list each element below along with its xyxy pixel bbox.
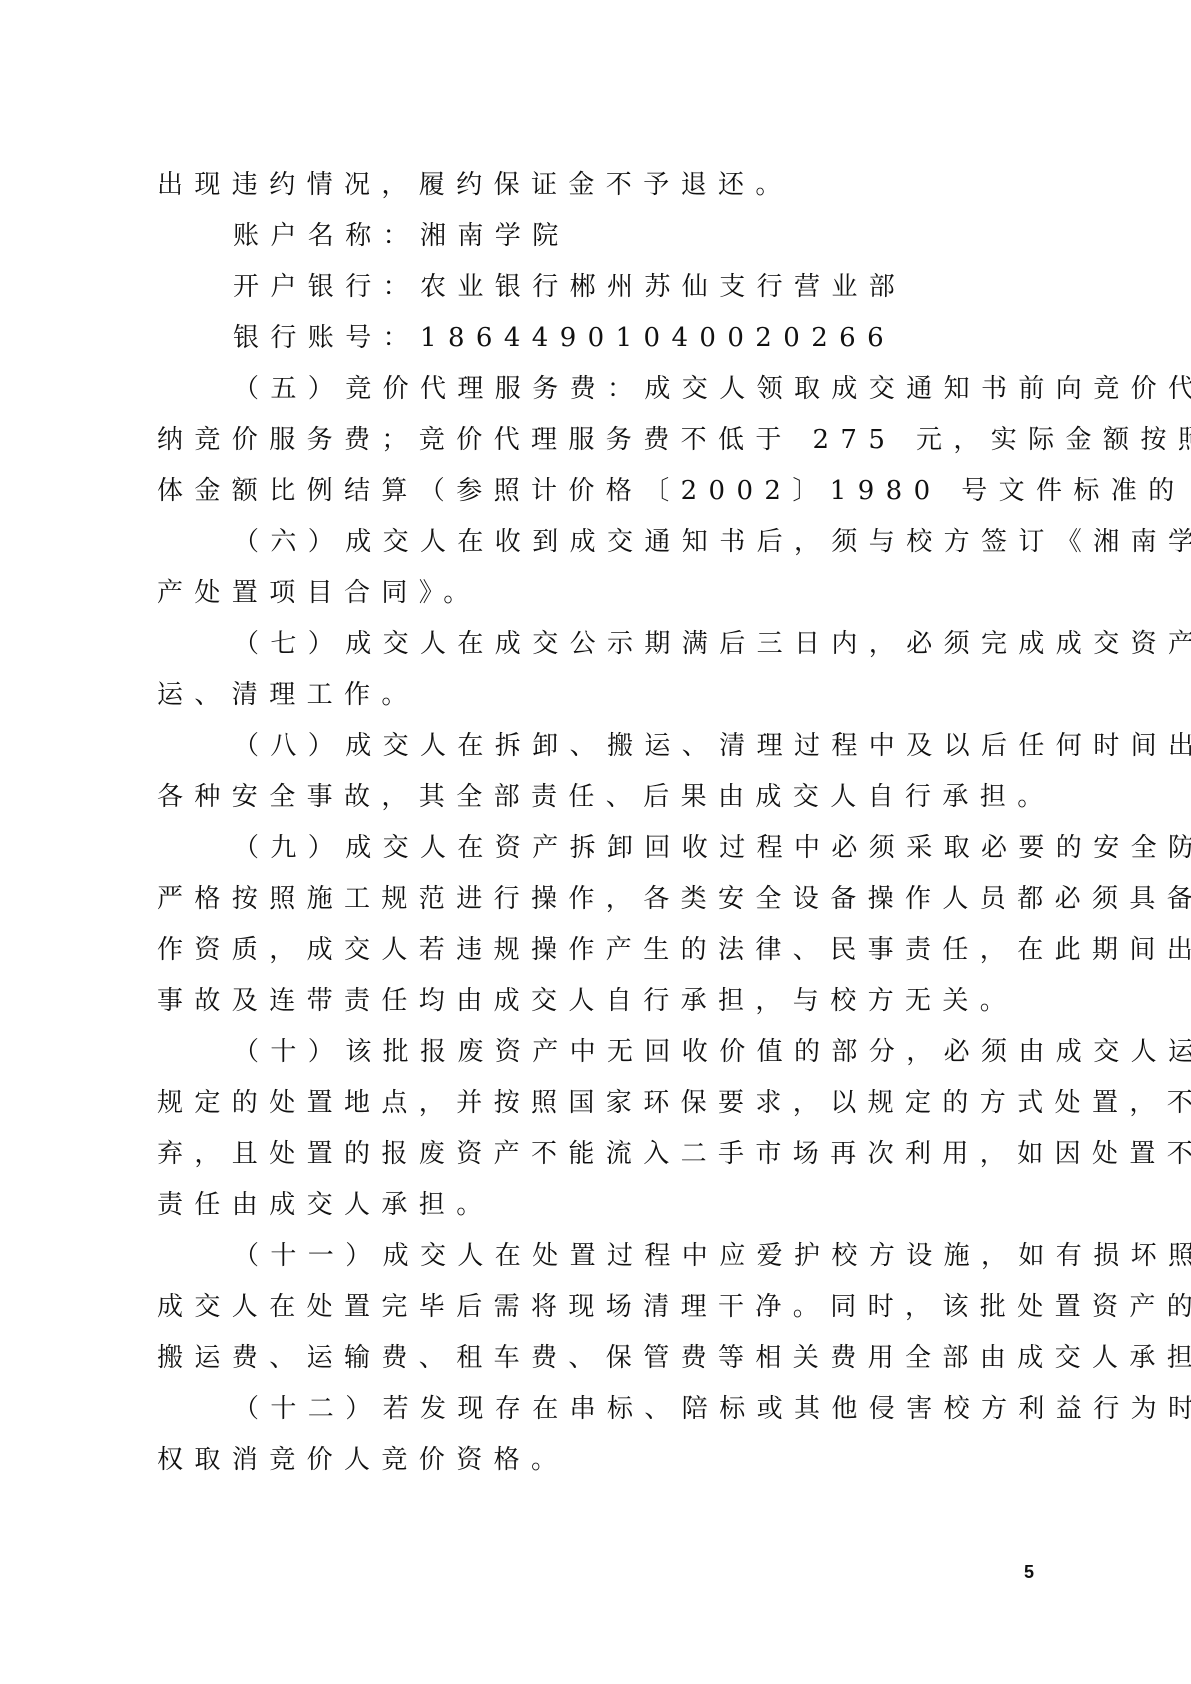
clause-9-line: 作资质，成交人若违规操作产生的法律、民事责任，在此期间出现的一切 — [157, 925, 1042, 976]
clause-10-line: （十）该批报废资产中无回收价值的部分，必须由成交人运输到政府 — [157, 1027, 1042, 1078]
clause-8-line: 各种安全事故，其全部责任、后果由成交人自行承担。 — [157, 772, 1042, 823]
clause-12-line: （十二）若发现存在串标、陪标或其他侵害校方利益行为时，校方有 — [157, 1384, 1042, 1435]
clause-10-line: 规定的处置地点，并按照国家环保要求，以规定的方式处置，不得随意丢 — [157, 1078, 1042, 1129]
clause-11-line: 成交人在处置完毕后需将现场清理干净。同时，该批处置资产的拆卸费、 — [157, 1282, 1042, 1333]
bank-name-line: 开户银行：农业银行郴州苏仙支行营业部 — [157, 262, 1042, 313]
clause-11-line: 搬运费、运输费、租车费、保管费等相关费用全部由成交人承担。 — [157, 1333, 1042, 1384]
clause-6-line: 产处置项目合同》。 — [157, 568, 1042, 619]
clause-5-line: 纳竞价服务费；竞价代理服务费不低于 275 元，实际金额按照成交价的具 — [157, 415, 1042, 466]
clause-9-line: 严格按照施工规范进行操作，各类安全设备操作人员都必须具备相应的操 — [157, 874, 1042, 925]
clause-11-line: （十一）成交人在处置过程中应爱护校方设施，如有损坏照价赔偿， — [157, 1231, 1042, 1282]
clause-7-line: （七）成交人在成交公示期满后三日内，必须完成成交资产拆卸、搬 — [157, 619, 1042, 670]
clause-6-line: （六）成交人在收到成交通知书后，须与校方签订《湘南学院报废资 — [157, 517, 1042, 568]
document-page: 出现违约情况，履约保证金不予退还。 账户名称：湘南学院 开户银行：农业银行郴州苏… — [0, 0, 1191, 1684]
document-body: 出现违约情况，履约保证金不予退还。 账户名称：湘南学院 开户银行：农业银行郴州苏… — [157, 160, 1042, 1486]
clause-5-line: 体金额比例结算（参照计价格〔2002〕1980 号文件标准的 50%计取）。 — [157, 466, 1042, 517]
clause-7-line: 运、清理工作。 — [157, 670, 1042, 721]
clause-12-line: 权取消竞价人竞价资格。 — [157, 1435, 1042, 1486]
clause-10-line: 责任由成交人承担。 — [157, 1180, 1042, 1231]
clause-5-line: （五）竞价代理服务费：成交人领取成交通知书前向竞价代理机构缴 — [157, 364, 1042, 415]
text-line: 出现违约情况，履约保证金不予退还。 — [157, 160, 1042, 211]
account-name-line: 账户名称：湘南学院 — [157, 211, 1042, 262]
clause-10-line: 弃，且处置的报废资产不能流入二手市场再次利用，如因处置不当造成的 — [157, 1129, 1042, 1180]
account-number-line: 银行账号：18644901040020266 — [157, 313, 1042, 364]
clause-8-line: （八）成交人在拆卸、搬运、清理过程中及以后任何时间出现损坏或 — [157, 721, 1042, 772]
page-number: 5 — [1024, 1562, 1034, 1583]
clause-9-line: 事故及连带责任均由成交人自行承担，与校方无关。 — [157, 976, 1042, 1027]
clause-9-line: （九）成交人在资产拆卸回收过程中必须采取必要的安全防范措施， — [157, 823, 1042, 874]
